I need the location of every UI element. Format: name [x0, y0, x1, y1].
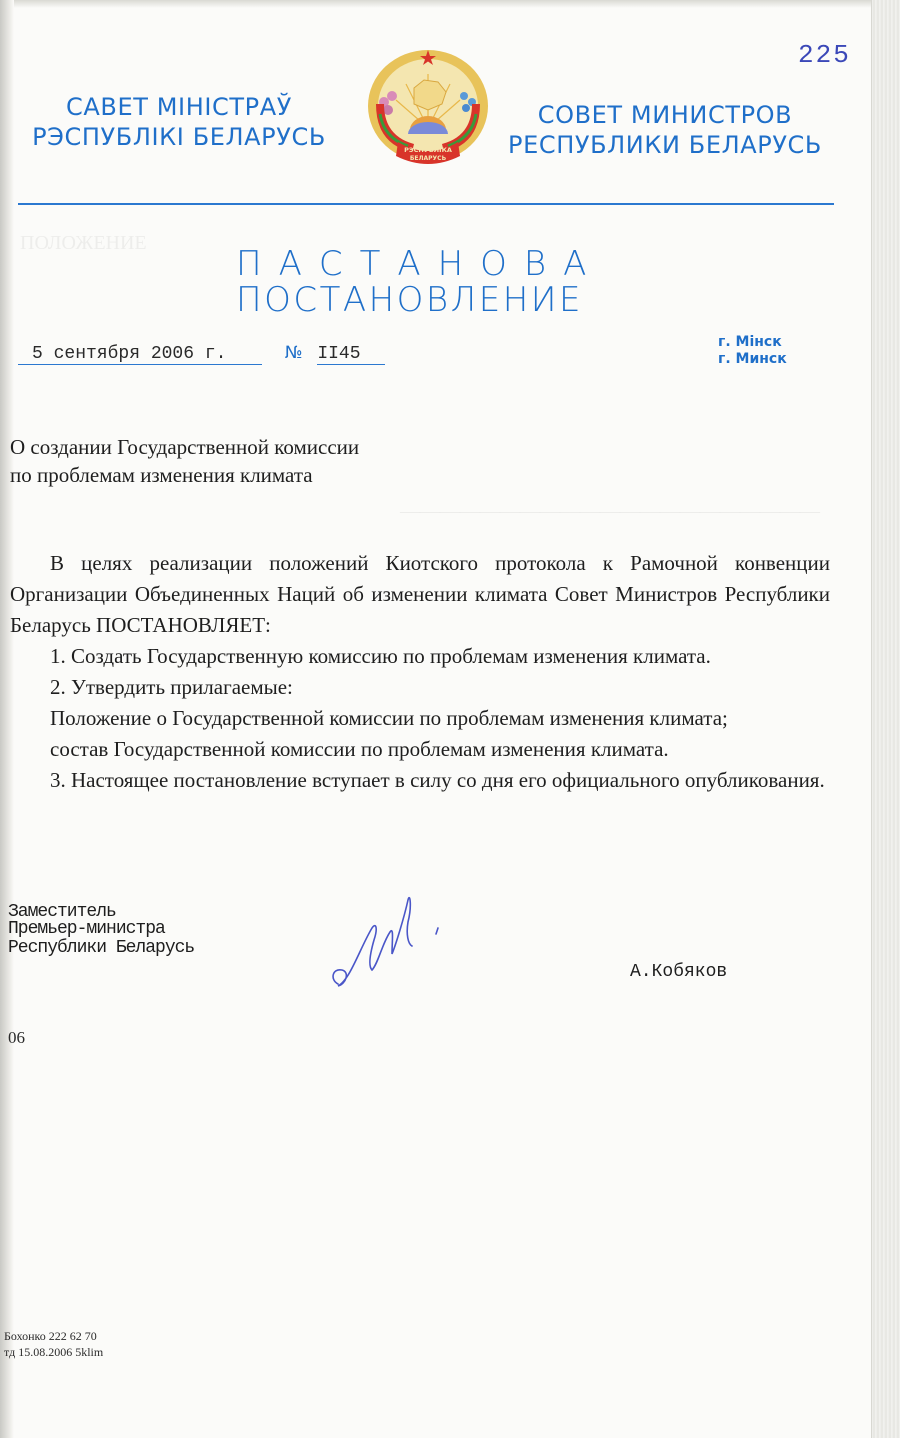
document-subject: О создании Государственной комиссии по п…	[10, 433, 359, 489]
city-belarusian: г. Мінск	[718, 334, 787, 351]
signatory-name: А.Кобяков	[630, 962, 727, 982]
executor-footer: Бохонко 222 62 70 тд 15.08.2006 5klim	[4, 1328, 103, 1360]
item-2b: состав Государственной комиссии по пробл…	[10, 734, 830, 765]
footer-line2: тд 15.08.2006 5klim	[4, 1344, 103, 1360]
letterhead-ru-line2: РЕСПУБЛИКИ БЕЛАРУСЬ	[492, 130, 838, 160]
bleed-through-text: —————————————————————	[400, 500, 820, 523]
subject-line2: по проблемам изменения климата	[10, 461, 359, 489]
date-number-row: 5 сентября 2006 г. № II45	[18, 343, 385, 365]
position-line3: Республики Беларусь	[8, 939, 194, 958]
signatory-position: Заместитель Премьер-министра Республики …	[8, 903, 194, 958]
item-2: 2. Утвердить прилагаемые:	[10, 672, 830, 703]
subject-line1: О создании Государственной комиссии	[10, 433, 359, 461]
item-2a: Положение о Государственной комиссии по …	[10, 703, 830, 734]
document-type-belarusian: ПАСТАНОВА	[236, 246, 603, 282]
preamble-paragraph: В целях реализации положений Киотского п…	[10, 548, 830, 641]
letterhead-be-line1: САВЕТ МІНІСТРАЎ	[18, 92, 340, 122]
bleed-through-text: ПОЛОЖЕНИЕ	[20, 232, 147, 255]
item-3: 3. Настоящее постановление вступает в си…	[10, 765, 830, 796]
document-code: 06	[8, 1028, 25, 1048]
page-number-stamp: 225	[798, 40, 851, 70]
position-line2: Премьер-министра	[8, 920, 194, 939]
letterhead-be-line2: РЭСПУБЛІКІ БЕЛАРУСЬ	[18, 122, 340, 152]
document-number: II45	[317, 344, 385, 365]
page-edge-right	[871, 0, 900, 1438]
item-1: 1. Создать Государственную комиссию по п…	[10, 641, 830, 672]
letterhead-divider	[18, 203, 834, 205]
letterhead-ru-line1: СОВЕТ МИНИСТРОВ	[492, 100, 838, 130]
document-date: 5 сентября 2006 г.	[18, 344, 262, 365]
page-edge-top	[0, 0, 900, 8]
city-block: г. Мінск г. Минск	[718, 334, 787, 368]
state-emblem-icon: РЭСПУБЛІКА БЕЛАРУСЬ	[362, 44, 494, 166]
letterhead-russian: СОВЕТ МИНИСТРОВ РЕСПУБЛИКИ БЕЛАРУСЬ	[492, 100, 838, 160]
svg-text:РЭСПУБЛІКА: РЭСПУБЛІКА	[404, 146, 452, 154]
handwritten-signature-icon	[320, 888, 470, 1008]
number-label: №	[285, 343, 303, 363]
document-body: В целях реализации положений Киотского п…	[10, 548, 830, 796]
document-type-russian: ПОСТАНОВЛЕНИЕ	[236, 282, 583, 318]
letterhead-belarusian: САВЕТ МІНІСТРАЎ РЭСПУБЛІКІ БЕЛАРУСЬ	[18, 92, 340, 152]
city-russian: г. Минск	[718, 351, 787, 368]
svg-text:БЕЛАРУСЬ: БЕЛАРУСЬ	[410, 155, 447, 162]
footer-line1: Бохонко 222 62 70	[4, 1328, 103, 1344]
